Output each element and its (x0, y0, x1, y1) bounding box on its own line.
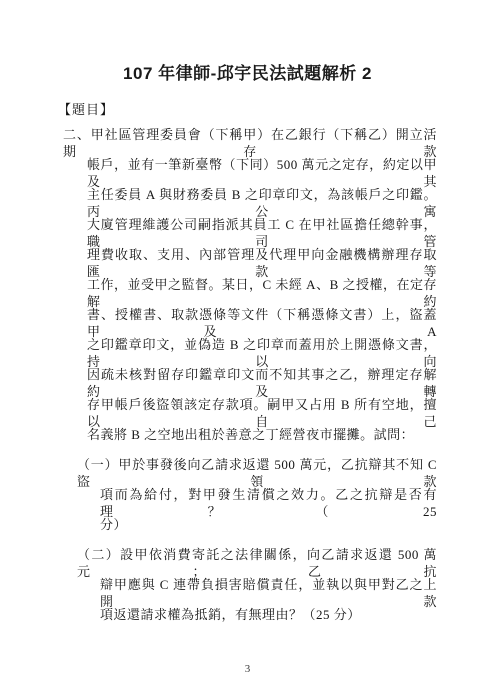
section-label: 【題目】 (58, 99, 114, 118)
text-line: 分） (100, 516, 437, 533)
text-line: 項而為給付，對甲發生清償之效力。乙之抗辯是否有理？（25 (100, 486, 437, 520)
text-line: 辯甲應與 C 連帶負損害賠償責任，並執以與甲對乙之上開款 (100, 576, 437, 610)
text-line: 之印鑑章印文，並偽造 B 之印章而蓋用於上開憑條文書，持以向 (87, 336, 437, 370)
text-line: 存甲帳戶後盜領該定存款項。嗣甲又占用 B 所有空地，擅以自己 (87, 396, 437, 430)
text-line: （一）甲於事發後向乙請求返還 500 萬元，乙抗辯其不知 C 盜領款 (77, 456, 437, 490)
text-line: 理費收取、支用、內部管理及代理甲向金融機構辦理存取匯款等 (87, 246, 437, 280)
document-page: 107 年律師-邱宇民法試題解析 2 【題目】 二、甲社區管理委員會（下稱甲）在… (0, 0, 495, 700)
text-line: 工作，並受甲之監督。某日，C 未經 A、B 之授權，在定存解約 (87, 276, 437, 310)
text-line: （二）設甲依消費寄託之法律關係，向乙請求返還 500 萬元；乙抗 (77, 546, 437, 580)
text-line: 主任委員 A 與財務委員 B 之印章印文，為該帳戶之印鑑。丙公寓 (87, 186, 437, 220)
text-line: 大廈管理維護公司嗣指派其員工 C 在甲社區擔任總幹事，職司管 (87, 216, 437, 250)
text-line: 書、授權書、取款憑條等文件（下稱憑條文書）上，盜蓋甲及 A (87, 306, 437, 340)
text-line: 名義將 B 之空地出租於善意之丁經營夜市擺攤。試問： (87, 426, 437, 443)
text-line: 二、甲社區管理委員會（下稱甲）在乙銀行（下稱乙）開立活期存款 (63, 126, 437, 160)
text-line: 因疏未核對留存印鑑章印文而不知其事之乙，辦理定存解約及轉 (87, 366, 437, 400)
document-title: 107 年律師-邱宇民法試題解析 2 (0, 59, 495, 84)
page-number: 3 (0, 663, 495, 675)
text-line: 項返還請求權為抵銷，有無理由？（25 分） (100, 606, 437, 623)
text-line: 帳戶，並有一筆新臺幣（下同）500 萬元之定存，約定以甲及其 (87, 156, 437, 190)
